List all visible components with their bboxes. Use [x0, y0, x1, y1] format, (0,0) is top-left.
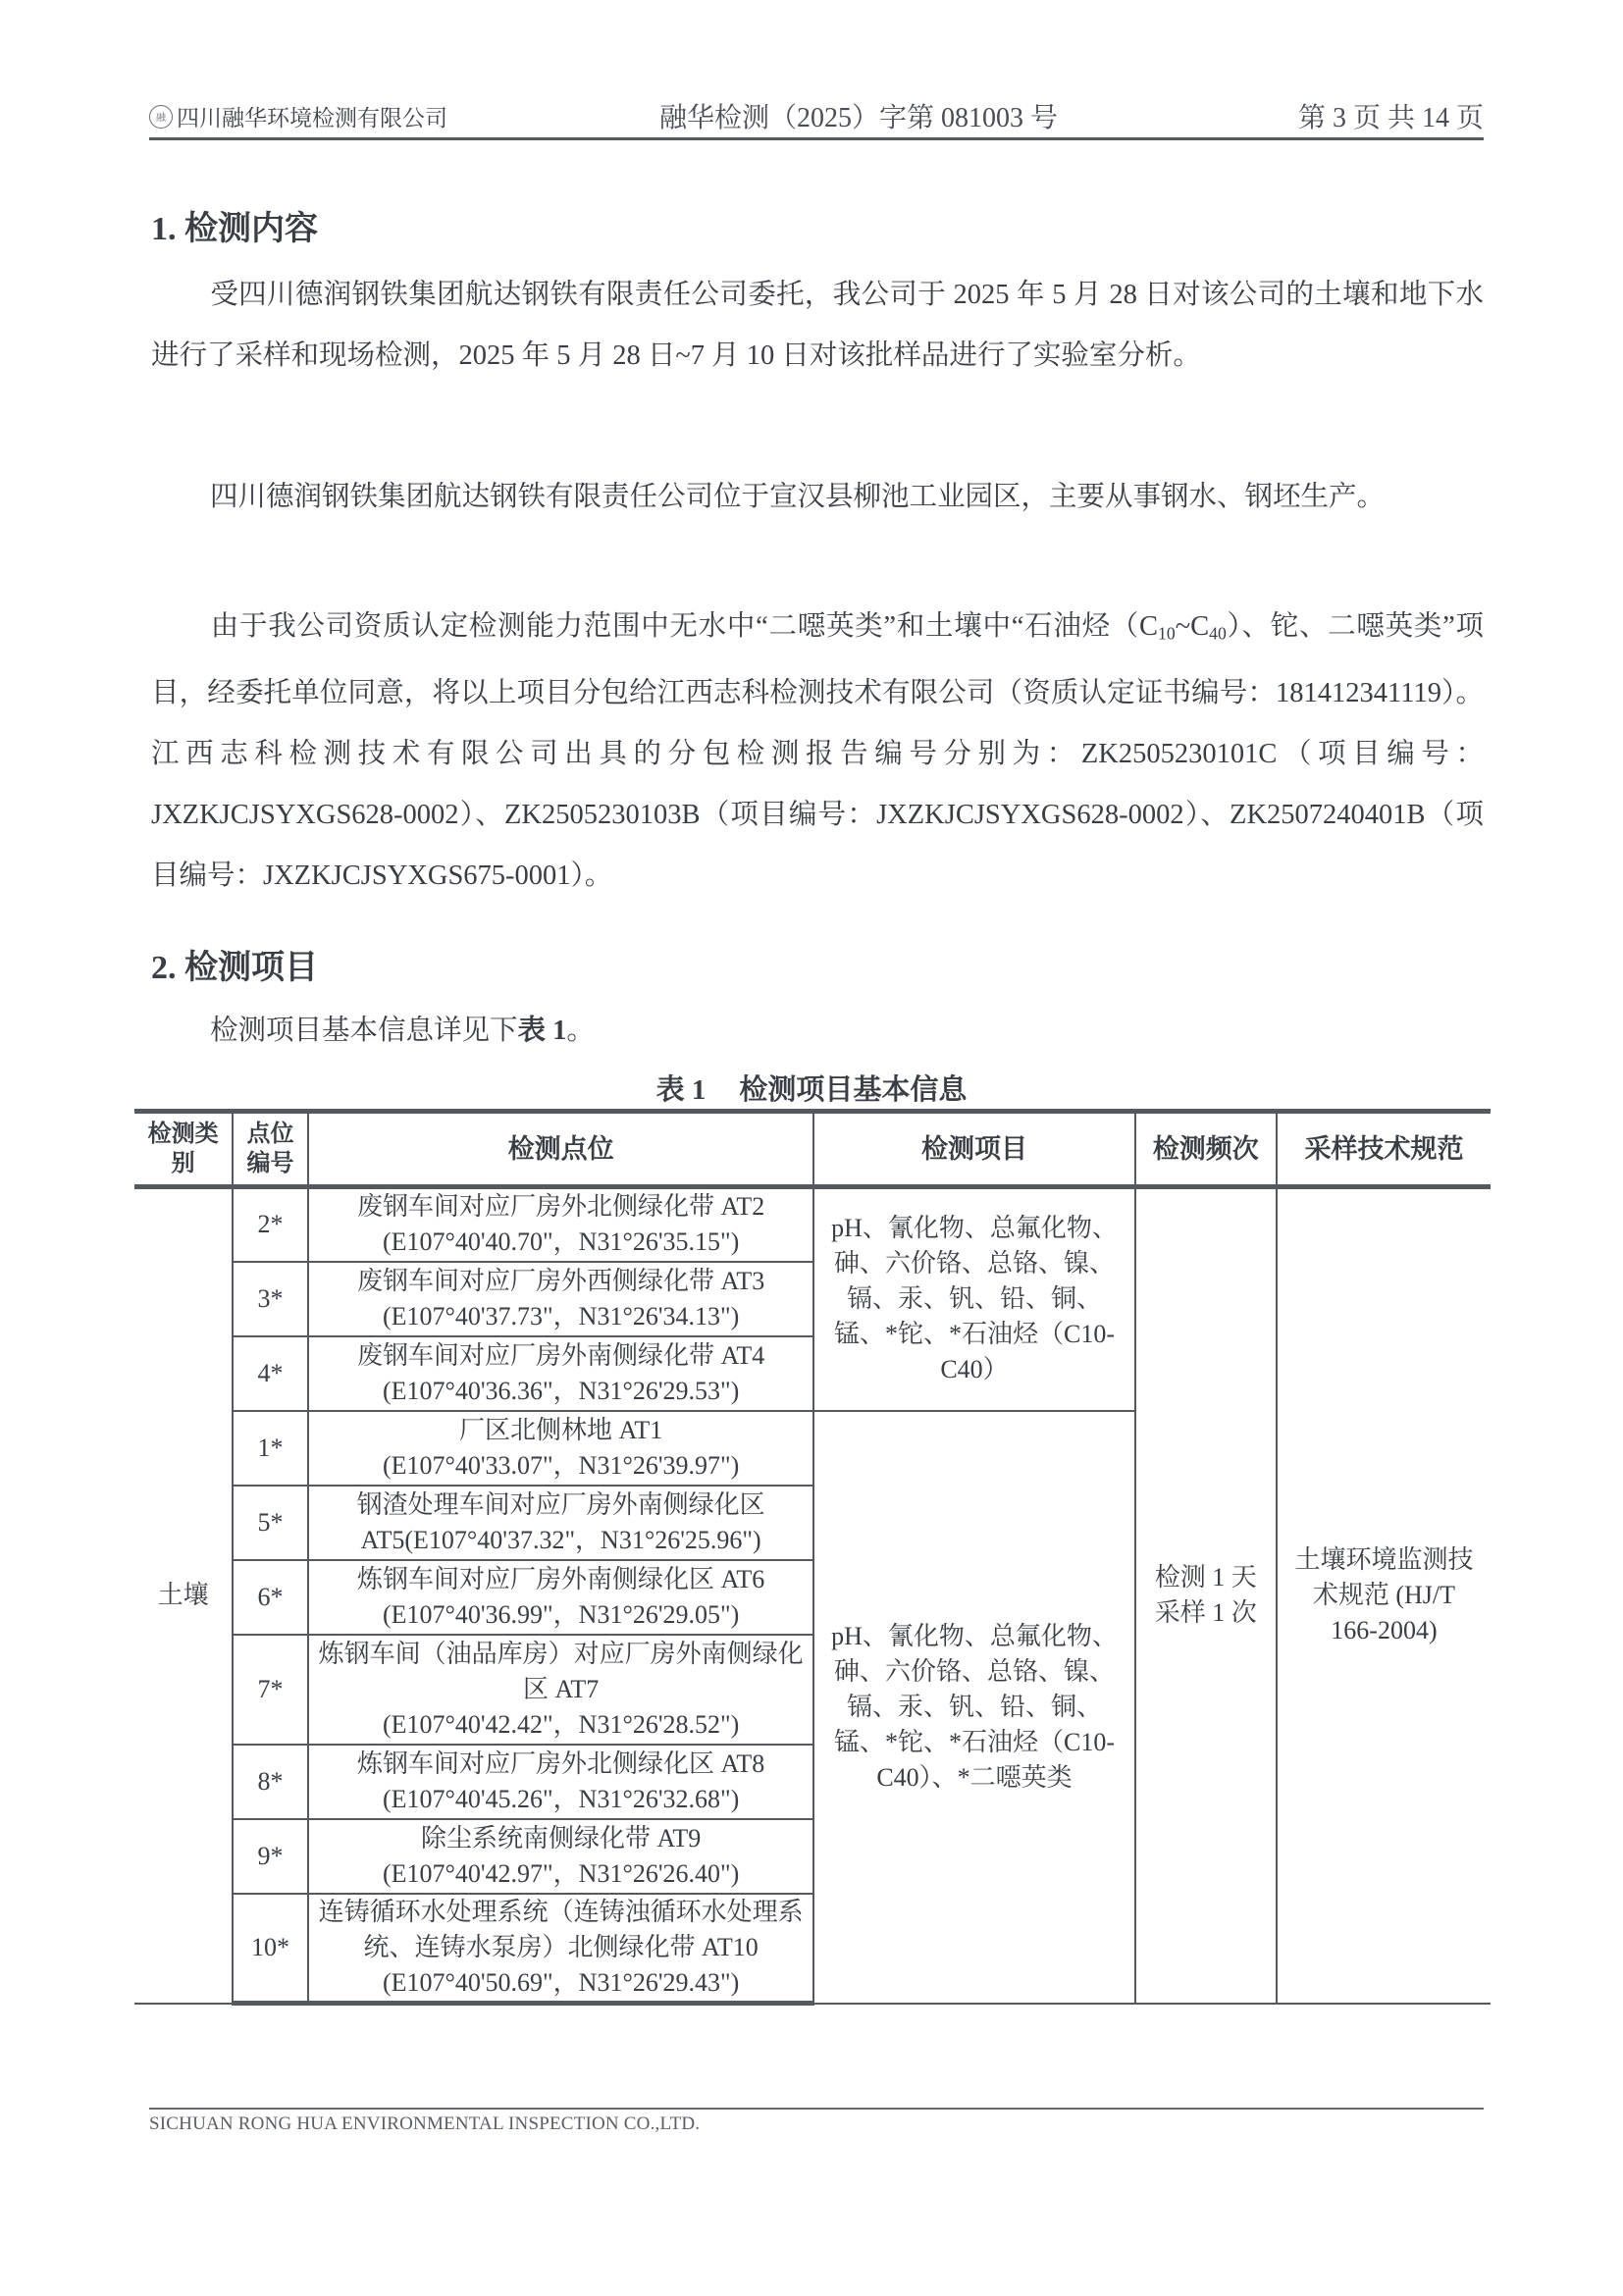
header-divider — [149, 137, 1484, 140]
paragraph-text: ~C — [1176, 611, 1209, 642]
location-name: 炼钢车间对应厂房外北侧绿化区 AT8 — [313, 1747, 810, 1782]
location-name: 厂区北侧林地 AT1 — [313, 1413, 810, 1448]
location-cell: 废钢车间对应厂房外西侧绿化带 AT3(E107°40'37.73"，N31°26… — [308, 1262, 814, 1336]
location-coord: (E107°40'33.07"，N31°26'39.97") — [313, 1448, 810, 1484]
table-reference: 表 1 — [518, 1016, 567, 1046]
location-coord: (E107°40'37.73"，N31°26'34.13") — [313, 1299, 810, 1334]
header-point-no: 点位编号 — [233, 1112, 308, 1187]
location-cell: 钢渣处理车间对应厂房外南侧绿化区AT5(E107°40'37.32"，N31°2… — [308, 1486, 814, 1560]
location-coord: (E107°40'42.97"，N31°26'26.40") — [313, 1856, 810, 1892]
header-category: 检测类别 — [134, 1112, 233, 1187]
point-no: 6* — [233, 1560, 308, 1635]
header-standard: 采样技术规范 — [1277, 1112, 1491, 1187]
point-no: 1* — [233, 1411, 308, 1486]
location-name: 炼钢车间（油品库房）对应厂房外南侧绿化区 AT7 — [313, 1637, 810, 1707]
location-name: 连铸循环水处理系统（连铸浊循环水处理系统、连铸水泵房）北侧绿化带 AT10 — [313, 1895, 810, 1965]
standard-cell: 土壤环境监测技术规范 (HJ/T 166-2004) — [1277, 1187, 1491, 2004]
section-1-paragraph-2: 四川德润钢铁集团航达钢铁有限责任公司位于宣汉县柳池工业园区，主要从事钢水、钢坯生… — [151, 467, 1484, 528]
section-1-paragraph-1: 受四川德润钢铁集团航达钢铁有限责任公司委托，我公司于 2025 年 5 月 28… — [151, 265, 1484, 387]
paragraph-text: 由于我公司资质认定检测能力范围中无水中“二噁英类”和土壤中“石油烃（C — [210, 611, 1158, 642]
header-company: 融 四川融华环境检测有限公司 — [149, 100, 447, 132]
subscript: 10 — [1158, 623, 1176, 643]
location-coord: (E107°40'42.42"，N31°26'28.52") — [313, 1707, 810, 1743]
header-company-name: 四川融华环境检测有限公司 — [177, 100, 447, 132]
caption-title: 检测项目基本信息 — [739, 1074, 967, 1106]
location-name: 钢渣处理车间对应厂房外南侧绿化区 — [313, 1487, 810, 1523]
location-coord: (E107°40'36.36"，N31°26'29.53") — [313, 1374, 810, 1409]
paragraph-text: 受四川德润钢铁集团航达钢铁有限责任公司委托，我公司于 2025 年 5 月 28… — [151, 280, 1484, 371]
location-name: 除尘系统南侧绿化带 AT9 — [313, 1821, 810, 1856]
location-cell: 炼钢车间对应厂房外北侧绿化区 AT8(E107°40'45.26"，N31°26… — [308, 1745, 814, 1819]
paragraph-text: 四川德润钢铁集团航达钢铁有限责任公司位于宣汉县柳池工业园区，主要从事钢水、钢坯生… — [210, 482, 1385, 512]
location-cell: 厂区北侧林地 AT1(E107°40'33.07"，N31°26'39.97") — [308, 1411, 814, 1486]
page-indicator: 第 3 页 共 14 页 — [1298, 96, 1484, 135]
point-no: 10* — [233, 1894, 308, 2004]
location-cell: 连铸循环水处理系统（连铸浊循环水处理系统、连铸水泵房）北侧绿化带 AT10(E1… — [308, 1894, 814, 2004]
footer-divider — [149, 2108, 1484, 2110]
table-row: 土壤 2* 废钢车间对应厂房外北侧绿化带 AT2(E107°40'40.70"，… — [134, 1187, 1491, 1262]
location-cell: 炼钢车间对应厂房外南侧绿化区 AT6(E107°40'36.99"，N31°26… — [308, 1560, 814, 1635]
header-items: 检测项目 — [813, 1112, 1134, 1187]
location-coord: AT5(E107°40'37.32"，N31°26'25.96") — [313, 1523, 810, 1558]
page-header: 融 四川融华环境检测有限公司 融华检测（2025）字第 081003 号 第 3… — [149, 94, 1484, 133]
location-coord: (E107°40'50.69"，N31°26'29.43") — [313, 1965, 810, 2001]
location-cell: 除尘系统南侧绿化带 AT9(E107°40'42.97"，N31°26'26.4… — [308, 1819, 814, 1894]
table-caption: 表 1检测项目基本信息 — [0, 1068, 1623, 1108]
footer-company-en: SICHUAN RONG HUA ENVIRONMENTAL INSPECTIO… — [149, 2113, 700, 2135]
paragraph-text: 。 — [566, 1016, 595, 1046]
section-1-title: 1. 检测内容 — [151, 201, 318, 249]
location-cell: 炼钢车间（油品库房）对应厂房外南侧绿化区 AT7(E107°40'42.42"，… — [308, 1635, 814, 1745]
location-coord: (E107°40'40.70"，N31°26'35.15") — [313, 1225, 810, 1260]
point-no: 2* — [233, 1187, 308, 1262]
point-no: 4* — [233, 1336, 308, 1411]
header-frequency: 检测频次 — [1135, 1112, 1277, 1187]
caption-number: 表 1 — [656, 1074, 707, 1106]
location-name: 废钢车间对应厂房外北侧绿化带 AT2 — [313, 1189, 810, 1225]
table-header-row: 检测类别 点位编号 检测点位 检测项目 检测频次 采样技术规范 — [134, 1112, 1491, 1187]
section-2-title: 2. 检测项目 — [151, 940, 318, 988]
items-group-2: pH、氰化物、总氟化物、砷、六价铬、总铬、镍、镉、汞、钒、铅、铜、锰、*铊、*石… — [813, 1411, 1134, 2004]
location-name: 炼钢车间对应厂房外南侧绿化区 AT6 — [313, 1562, 810, 1597]
detection-items-table: 检测类别 点位编号 检测点位 检测项目 检测频次 采样技术规范 土壤 2* 废钢… — [134, 1109, 1491, 2006]
point-no: 8* — [233, 1745, 308, 1819]
point-no: 3* — [233, 1262, 308, 1336]
category-cell: 土壤 — [134, 1187, 233, 2004]
location-name: 废钢车间对应厂房外南侧绿化带 AT4 — [313, 1338, 810, 1374]
location-coord: (E107°40'45.26"，N31°26'32.68") — [313, 1782, 810, 1817]
paragraph-text: ）、铊、二噁英类”项目，经委托单位同意，将以上项目分包给江西志科检测技术有限公司… — [151, 611, 1484, 891]
location-cell: 废钢车间对应厂房外北侧绿化带 AT2(E107°40'40.70"，N31°26… — [308, 1187, 814, 1262]
section-2-intro: 检测项目基本信息详见下表 1。 — [151, 1001, 1484, 1062]
location-name: 废钢车间对应厂房外西侧绿化带 AT3 — [313, 1264, 810, 1299]
subscript: 40 — [1209, 623, 1227, 643]
company-seal-icon: 融 — [149, 105, 173, 129]
report-number: 融华检测（2025）字第 081003 号 — [659, 96, 1058, 135]
section-1-paragraph-3: 由于我公司资质认定检测能力范围中无水中“二噁英类”和土壤中“石油烃（C10~C4… — [151, 597, 1484, 907]
frequency-cell: 检测 1 天采样 1 次 — [1135, 1187, 1277, 2004]
items-group-1: pH、氰化物、总氟化物、砷、六价铬、总铬、镍、镉、汞、钒、铅、铜、锰、*铊、*石… — [813, 1187, 1134, 1411]
location-coord: (E107°40'36.99"，N31°26'29.05") — [313, 1597, 810, 1633]
point-no: 5* — [233, 1486, 308, 1560]
location-cell: 废钢车间对应厂房外南侧绿化带 AT4(E107°40'36.36"，N31°26… — [308, 1336, 814, 1411]
point-no: 7* — [233, 1635, 308, 1745]
paragraph-text: 检测项目基本信息详见下 — [210, 1016, 518, 1046]
point-no: 9* — [233, 1819, 308, 1894]
header-location: 检测点位 — [308, 1112, 814, 1187]
